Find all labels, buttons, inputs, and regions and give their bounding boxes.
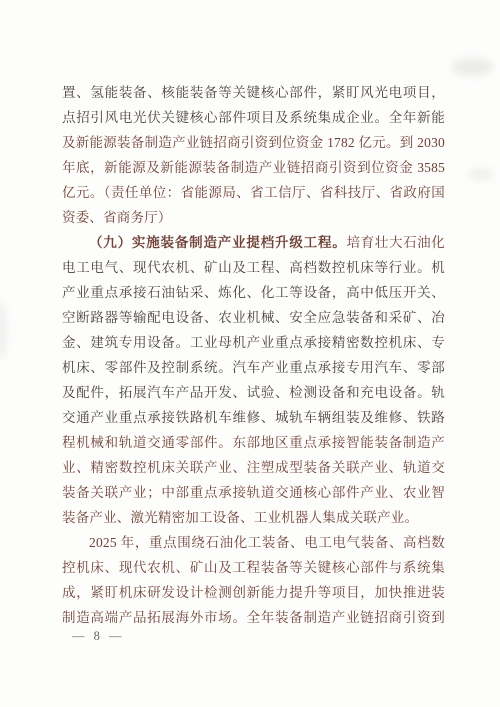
text-line: 控机床、现代农机、矿山及工程装备等关键核心部件与系统集 <box>62 555 445 580</box>
text-line: 资委、省商务厅） <box>62 205 445 230</box>
text-line: 装备关联产业；中部重点承接轨道交通核心部件产业、农业智能 <box>62 480 445 505</box>
text-line: 及新能源装备制造产业链招商引资到位资金 1782 亿元。到 2030 <box>62 130 445 155</box>
text-line-content: 空断路器等输配电设备、农业机械、安全应急装备和采矿、冶 <box>62 310 445 325</box>
text-line-content: 程机械和轨道交通零部件。东部地区重点承接智能装备制造产 <box>62 435 445 450</box>
text-line: 及配件，拓展汽车产品开发、试验、检测设备和充电设备。轨道 <box>62 380 445 405</box>
body-text: 置、氢能装备、核能装备等关键核心部件，紧盯风光电项目，重 点招引风电光伏关键核心… <box>62 80 445 630</box>
text-line-content: 机床、零部件及控制系统。汽车产业重点承接专用汽车、零部件 <box>62 360 445 380</box>
text-line-content: 亿元。（责任单位：省能源局、省工信厅、省科技厅、省政府国 <box>62 185 445 200</box>
text-line: 电工电气、现代农机、矿山及工程、高档数控机床等行业。机械 <box>62 255 445 280</box>
section-heading: （九）实施装备制造产业提档升级工程。 <box>89 235 347 250</box>
text-line: 产业重点承接石油钻采、炼化、化工等设备，高中低压开关、真 <box>62 280 445 305</box>
scan-artifact <box>0 300 6 360</box>
text-line: （九）实施装备制造产业提档升级工程。培育壮大石油化工、 <box>62 230 445 255</box>
text-line-content: 业、精密数控机床关联产业、注塑成型装备关联产业、轨道交通 <box>62 460 445 480</box>
text-line: 交通产业重点承接铁路机车维修、城轨车辆组装及维修、铁路工 <box>62 405 445 430</box>
text-line-content: 年底，新能源及新能源装备制造产业链招商引资到位资金 3585 <box>62 160 445 175</box>
text-line: 点招引风电光伏关键核心部件项目及系统集成企业。全年新能源 <box>62 105 445 130</box>
text-line-content: 资委、省商务厅） <box>62 210 172 225</box>
text-line: 金、建筑专用设备。工业母机产业重点承接精密数控机床、专用 <box>62 330 445 355</box>
document-page: 置、氢能装备、核能装备等关键核心部件，紧盯风光电项目，重 点招引风电光伏关键核心… <box>0 0 500 707</box>
text-line-content: 交通产业重点承接铁路机车维修、城轨车辆组装及维修、铁路工 <box>62 410 445 430</box>
text-line-content: 控机床、现代农机、矿山及工程装备等关键核心部件与系统集 <box>62 560 445 575</box>
text-line: 程机械和轨道交通零部件。东部地区重点承接智能装备制造产 <box>62 430 445 455</box>
text-line: 成，紧盯机床研发设计检测创新能力提升等项目，加快推进装备 <box>62 580 445 605</box>
text-line: 空断路器等输配电设备、农业机械、安全应急装备和采矿、冶 <box>62 305 445 330</box>
text-line-content: 电工电气、现代农机、矿山及工程、高档数控机床等行业。机械 <box>62 260 445 280</box>
page-number: — 8 — <box>72 626 125 646</box>
scan-artifact <box>468 168 494 180</box>
text-line: 装备产业、激光精密加工设备、工业机器人集成关联产业。 <box>62 505 445 530</box>
text-line: 2025 年，重点围绕石油化工装备、电工电气装备、高档数 <box>62 530 445 555</box>
text-line-content: 及配件，拓展汽车产品开发、试验、检测设备和充电设备。轨道 <box>62 385 445 405</box>
text-line-content: 装备关联产业；中部重点承接轨道交通核心部件产业、农业智能 <box>62 485 445 505</box>
text-line-content: 置、氢能装备、核能装备等关键核心部件，紧盯风光电项目，重 <box>62 85 445 105</box>
text-line-content: 金、建筑专用设备。工业母机产业重点承接精密数控机床、专用 <box>62 335 445 355</box>
text-line: 机床、零部件及控制系统。汽车产业重点承接专用汽车、零部件 <box>62 355 445 380</box>
text-line: 亿元。（责任单位：省能源局、省工信厅、省科技厅、省政府国 <box>62 180 445 205</box>
text-line-content: 成，紧盯机床研发设计检测创新能力提升等项目，加快推进装备 <box>62 585 445 605</box>
text-line: 置、氢能装备、核能装备等关键核心部件，紧盯风光电项目，重 <box>62 80 445 105</box>
text-line-content: 装备产业、激光精密加工设备、工业机器人集成关联产业。 <box>62 510 418 525</box>
text-line-content: 点招引风电光伏关键核心部件项目及系统集成企业。全年新能源 <box>62 110 445 130</box>
scan-artifact <box>452 58 494 76</box>
text-line: 业、精密数控机床关联产业、注塑成型装备关联产业、轨道交通 <box>62 455 445 480</box>
text-line-content: 及新能源装备制造产业链招商引资到位资金 1782 亿元。到 2030 <box>62 135 445 150</box>
text-line-content: 2025 年，重点围绕石油化工装备、电工电气装备、高档数 <box>89 535 445 550</box>
text-line: 年底，新能源及新能源装备制造产业链招商引资到位资金 3585 <box>62 155 445 180</box>
text-line-content: 产业重点承接石油钻采、炼化、化工等设备，高中低压开关、真 <box>62 285 445 305</box>
